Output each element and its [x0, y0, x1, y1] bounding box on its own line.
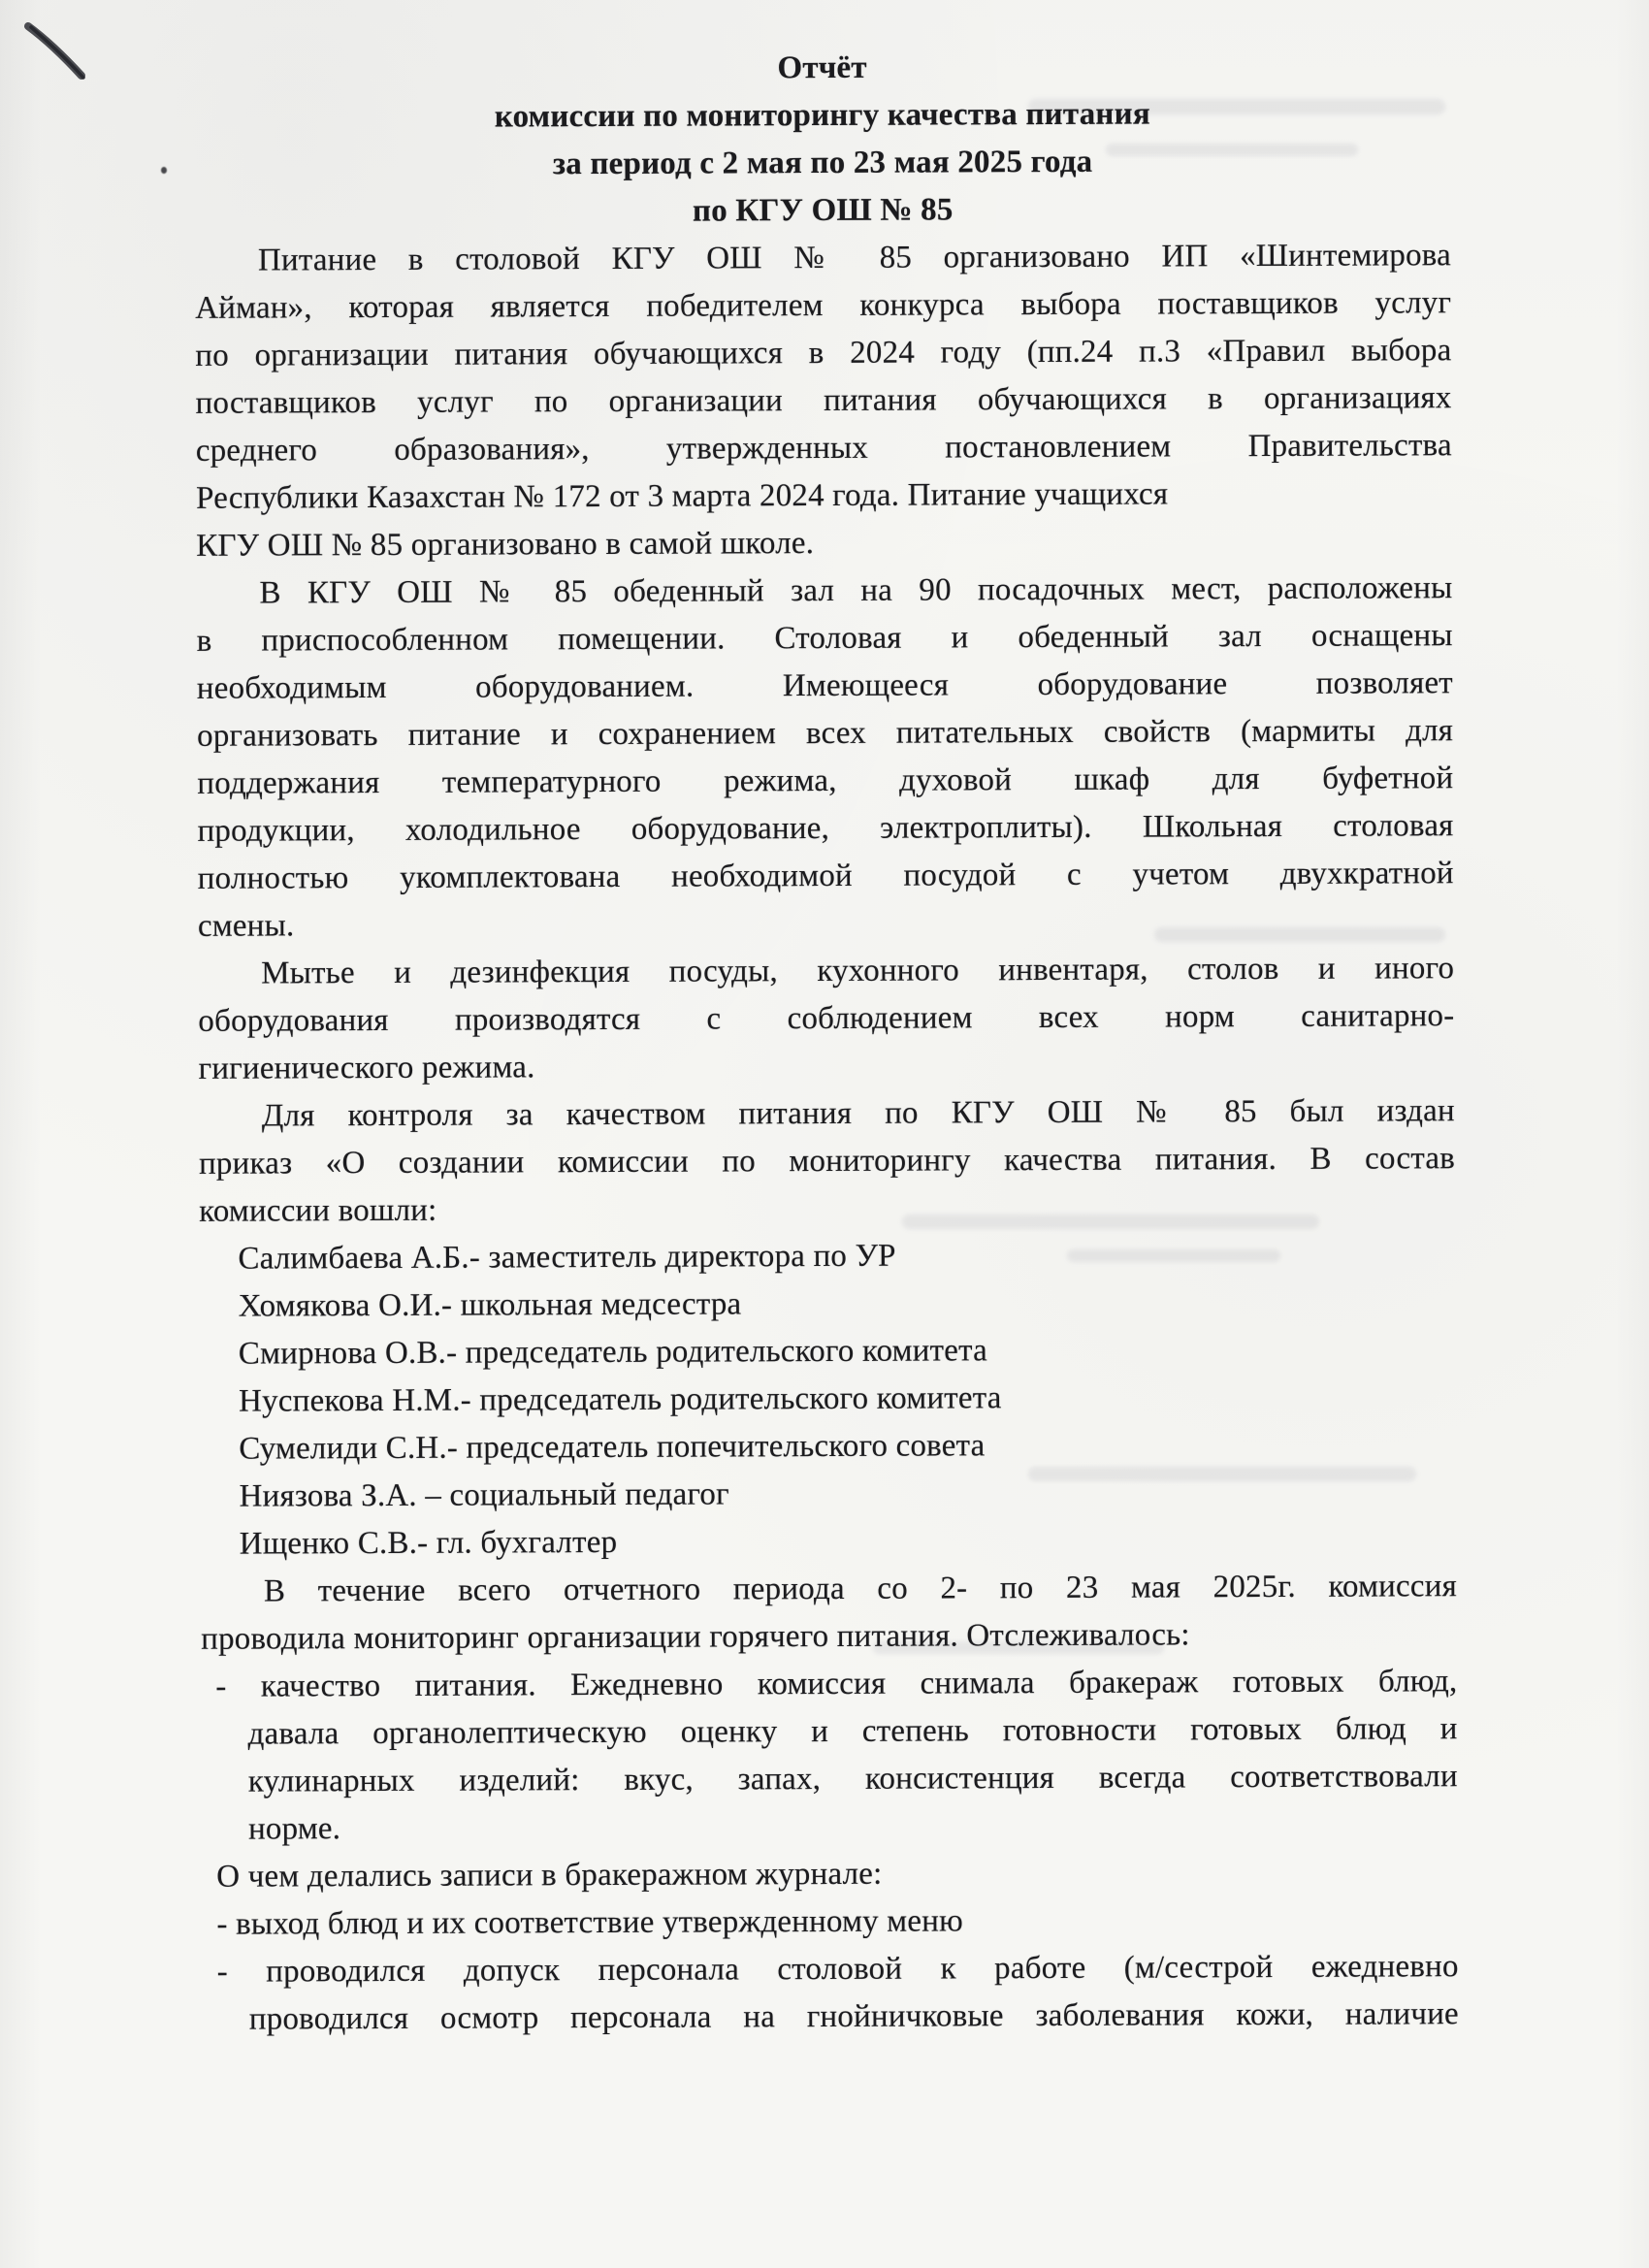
paragraph-line: оборудования производятся с соблюдением … [198, 992, 1454, 1046]
paragraph-line: приказ «О создании комиссии по мониторин… [199, 1135, 1455, 1188]
paragraph-line: поставщиков услуг по организации питания… [196, 374, 1452, 428]
paragraph-line: в приспособленном помещении. Столовая и … [197, 612, 1453, 665]
paragraph-line: В течение всего отчетного периода со 2- … [201, 1563, 1457, 1616]
scanned-page: Отчёт комиссии по мониторингу качества п… [0, 0, 1649, 2268]
commission-member-line: Ищенко С.В.- гл. бухгалтер [201, 1515, 1457, 1569]
paragraph-line: Мытье и дезинфекция посуды, кухонного ин… [198, 945, 1454, 998]
paragraph-line: продукции, холодильное оборудование, эле… [197, 802, 1453, 856]
paragraph-line: проводила мониторинг организации горячег… [201, 1610, 1457, 1664]
report-title-line: по КГУ ОШ № 85 [195, 184, 1451, 238]
bullet-line: кулинарных изделий: вкус, запах, консист… [202, 1753, 1458, 1806]
commission-member-line: Хомякова О.И.- школьная медсестра [200, 1278, 1456, 1331]
report-title-line: Отчёт [194, 42, 1450, 95]
paragraph-line: организовать питание и сохранением всех … [197, 707, 1453, 761]
bullet-line: норме. [202, 1800, 1458, 1854]
commission-member-line: Сумелиди С.Н.- председатель попечительск… [200, 1420, 1456, 1474]
paragraph-line: полностью укомплектована необходимой пос… [198, 850, 1454, 903]
commission-member-line: Ниязова З.А. – социальный педагог [200, 1468, 1456, 1521]
paragraph-line: КГУ ОШ № 85 организовано в самой школе. [196, 517, 1452, 570]
paragraph-line: поддержания температурного режима, духов… [197, 755, 1453, 808]
commission-member-line: Смирнова О.В.- председатель родительског… [200, 1325, 1456, 1378]
bullet-line: - проводился допуск персонала столовой к… [203, 1943, 1459, 1996]
report-title-line: за период с 2 мая по 23 мая 2025 года [194, 137, 1450, 190]
document-text: Отчёт комиссии по мониторингу качества п… [194, 42, 1459, 2044]
paragraph-line: комиссии вошли: [199, 1183, 1455, 1236]
ink-dot-artifact [161, 167, 167, 174]
paragraph-line: смены. [198, 897, 1454, 951]
paragraph-line: по организации питания обучающихся в 202… [195, 327, 1451, 380]
pen-mark-artifact [21, 21, 97, 89]
journal-heading-line: О чем делались записи в бракеражном журн… [202, 1848, 1458, 1901]
bullet-line: проводился осмотр персонала на гнойничко… [203, 1991, 1459, 2044]
paragraph-line: необходимым оборудованием. Имеющееся обо… [197, 660, 1453, 713]
paragraph-line: Республики Казахстан № 172 от 3 марта 20… [196, 470, 1452, 523]
paragraph-line: Питание в столовой КГУ ОШ № 85 организов… [195, 232, 1451, 285]
commission-member-line: Нуспекова Н.М.- председатель родительско… [200, 1373, 1456, 1426]
paragraph-line: Для контроля за качеством питания по КГУ… [199, 1087, 1455, 1141]
paragraph-line: среднего образования», утвержденных пост… [196, 422, 1452, 475]
commission-member-line: Салимбаева А.Б.- заместитель директора п… [199, 1230, 1455, 1283]
paragraph-line: В КГУ ОШ № 85 обеденный зал на 90 посадо… [196, 565, 1452, 618]
paragraph-line: Айман», которая является победителем кон… [195, 279, 1451, 333]
report-title-line: комиссии по мониторингу качества питания [194, 89, 1450, 143]
bullet-line: - выход блюд и их соответствие утвержден… [202, 1895, 1458, 1949]
paragraph-line: гигиенического режима. [198, 1040, 1454, 1093]
bullet-line: давала органолептическую оценку и степен… [201, 1705, 1457, 1759]
bullet-line: - качество питания. Ежедневно комиссия с… [201, 1658, 1457, 1711]
